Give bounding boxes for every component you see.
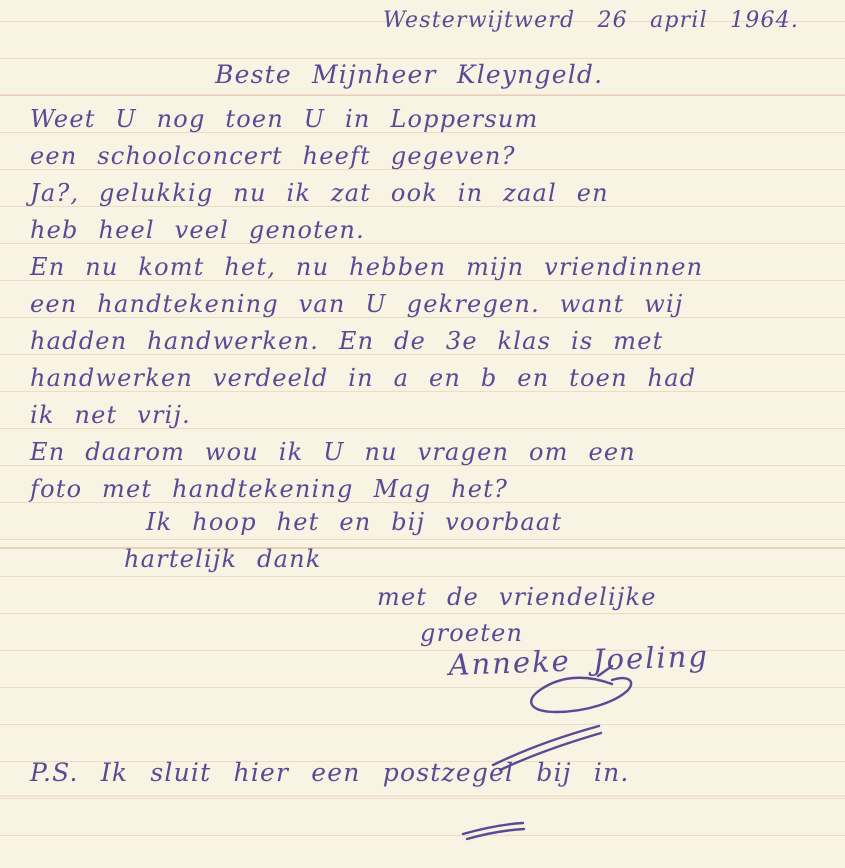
paper-crease xyxy=(0,94,845,96)
salutation: Beste Mijnheer Kleyngeld. xyxy=(215,60,603,89)
letter-line: een handtekening van U gekregen. want wi… xyxy=(30,286,703,323)
letter-line: ik net vrij. xyxy=(30,397,703,434)
letter-line: heb heel veel genoten. xyxy=(30,212,703,249)
postscript: P.S. Ik sluit hier een postzegel bij in. xyxy=(30,758,630,787)
letter-line: Ja?, gelukkig nu ik zat ook in zaal en xyxy=(30,175,703,212)
dateline: Westerwijtwerd 26 april 1964. xyxy=(383,8,799,33)
letter-line: Weet U nog toen U in Loppersum xyxy=(30,101,703,138)
letter-line: handwerken verdeeld in a en b en toen ha… xyxy=(30,360,703,397)
letter-line: foto met handtekening Mag het? xyxy=(30,471,703,508)
letter-line: En daarom wou ik U nu vragen om een xyxy=(30,434,703,471)
bottom-flourish xyxy=(463,823,523,834)
letter-line: En nu komt het, nu hebben mijn vriendinn… xyxy=(30,249,703,286)
paper-crease xyxy=(0,795,845,797)
letter-line: hadden handwerken. En de 3e klas is met xyxy=(30,323,703,360)
letter-body: Weet U nog toen U in Loppersum een schoo… xyxy=(30,101,703,508)
letter-line: hartelijk dank xyxy=(124,545,322,573)
signature-loop xyxy=(531,678,631,712)
closing-line: met de vriendelijke xyxy=(377,583,657,611)
letter-page: Westerwijtwerd 26 april 1964. Beste Mijn… xyxy=(0,0,845,868)
closing-line: groeten xyxy=(420,619,523,647)
bottom-flourish xyxy=(467,829,524,839)
letter-line: een schoolconcert heeft gegeven? xyxy=(30,138,703,175)
letter-line: Ik hoop het en bij voorbaat xyxy=(146,508,562,536)
